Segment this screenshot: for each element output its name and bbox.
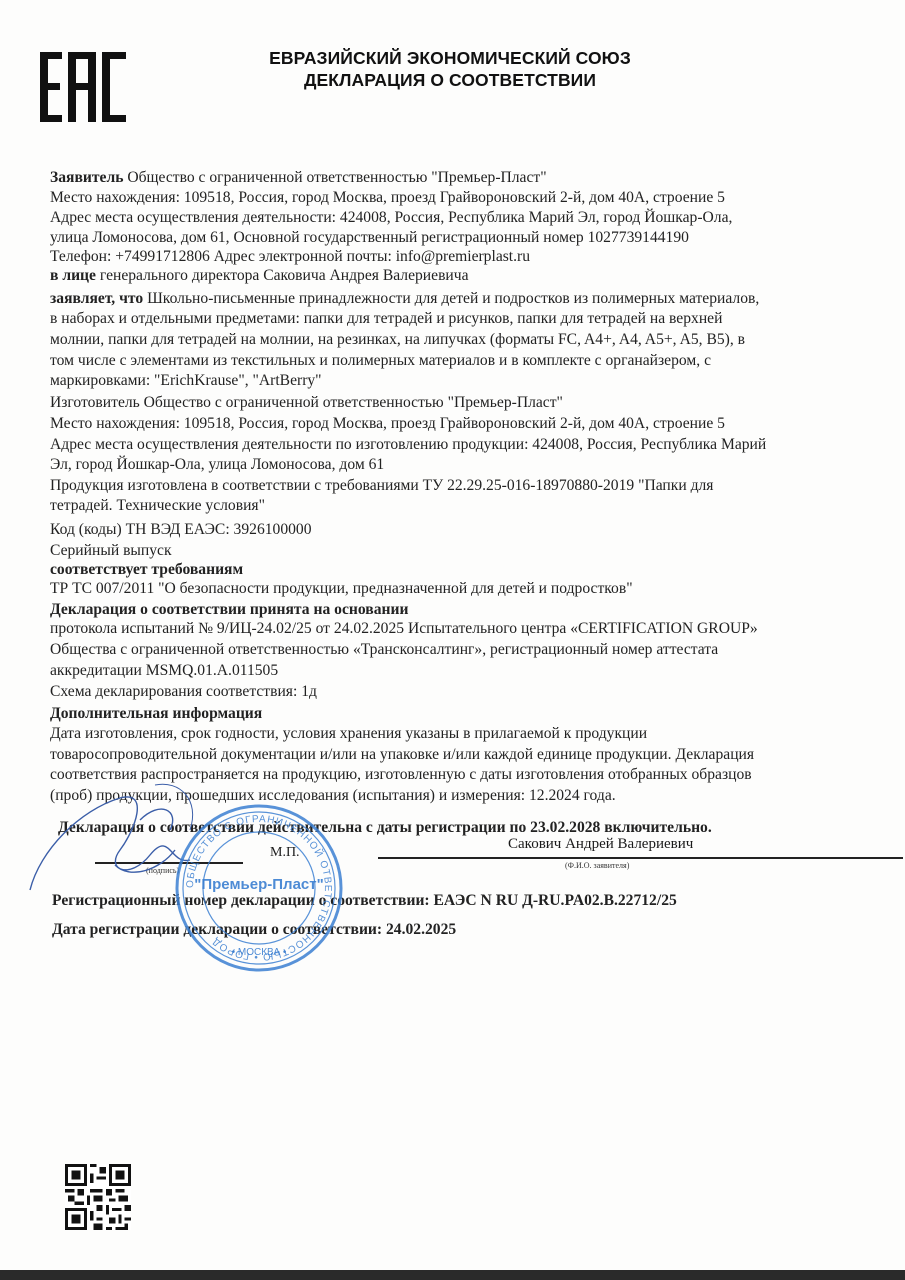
- manufacturer-location: Место нахождения: 109518, Россия, город …: [50, 414, 725, 434]
- basis-label: Декларация о соответствии принята на осн…: [50, 600, 408, 620]
- signer-caption: (Ф.И.О. заявителя): [565, 861, 629, 870]
- qr-code[interactable]: [65, 1162, 131, 1232]
- declares-text-3: молнии, папки для тетрадей на молнии, на…: [50, 330, 745, 350]
- basis-accreditation: аккредитации MSMQ.01.A.011505: [50, 661, 278, 681]
- document-title: ДЕКЛАРАЦИЯ О СООТВЕТСТВИИ: [200, 70, 700, 91]
- manufacturer-production-address: Адрес места осуществления деятельности п…: [50, 435, 766, 455]
- signer-name: Сакович Андрей Валериевич: [508, 836, 693, 853]
- compliance-regulation: ТР ТС 007/2011 "О безопасности продукции…: [50, 579, 633, 599]
- additional-text-1: Дата изготовления, срок годности, услови…: [50, 724, 647, 744]
- basis-protocol: протокола испытаний № 9/ИЦ-24.02/25 от 2…: [50, 619, 758, 639]
- declares-text-1: Школьно-письменные принадлежности для де…: [147, 290, 759, 307]
- scan-bottom-edge: [0, 1270, 905, 1280]
- stamp-city: • МОСКВА •: [232, 947, 287, 958]
- applicant-representative: в лице генерального директора Саковича А…: [50, 266, 469, 286]
- union-title: ЕВРАЗИЙСКИЙ ЭКОНОМИЧЕСКИЙ СОЮЗ: [200, 48, 700, 69]
- compliance-label: соответствует требованиям: [50, 560, 243, 580]
- serial-release: Серийный выпуск: [50, 541, 172, 561]
- basis-lab: Общества с ограниченной ответственностью…: [50, 640, 718, 660]
- applicant-line: Заявитель Общество с ограниченной ответс…: [50, 168, 547, 188]
- manufacturer-spec: Продукция изготовлена в соответствии с т…: [50, 476, 713, 496]
- manufacturer-name: Изготовитель Общество с ограниченной отв…: [50, 393, 563, 413]
- basis-scheme: Схема декларирования соответствия: 1д: [50, 682, 317, 702]
- manufacturer-production-address-2: Эл, город Йошкар-Ола, улица Ломоносова, …: [50, 455, 384, 475]
- declares-text-5: маркировками: "ErichKrause", "ArtBerry": [50, 371, 322, 391]
- declares-text-2: в наборах и отдельными предметами: папки…: [50, 309, 722, 329]
- applicant-contacts: Телефон: +74991712806 Адрес электронной …: [50, 247, 530, 267]
- declares-label: заявляет, что: [50, 290, 143, 307]
- applicant-ogrn: улица Ломоносова, дом 61, Основной госуд…: [50, 228, 689, 248]
- stamp-company-name: "Премьер-Пласт": [194, 876, 323, 893]
- additional-text-2: товаросопроводительной документации и/ил…: [50, 745, 754, 765]
- applicant-label: Заявитель: [50, 169, 123, 186]
- applicant-activity-address: Адрес места осуществления деятельности: …: [50, 208, 732, 228]
- company-stamp: ОБЩЕСТВО С ОГРАНИЧЕННОЙ ОТВЕТСТВЕННОСТЬЮ…: [174, 803, 344, 973]
- rep-text: генерального директора Саковича Андрея В…: [100, 267, 469, 284]
- applicant-name: Общество с ограниченной ответственностью…: [127, 169, 546, 186]
- tn-ved-code: Код (коды) ТН ВЭД ЕАЭС: 3926100000: [50, 520, 312, 540]
- manufacturer-spec-2: тетрадей. Технические условия": [50, 496, 265, 516]
- rep-label: в лице: [50, 267, 96, 284]
- declares-text-4: том числе с элементами из текстильных и …: [50, 351, 711, 371]
- declares-line: заявляет, что Школьно-письменные принадл…: [50, 289, 759, 309]
- eac-logo: [40, 52, 126, 122]
- applicant-location: Место нахождения: 109518, Россия, город …: [50, 188, 725, 208]
- additional-label: Дополнительная информация: [50, 704, 262, 724]
- signer-name-line: [378, 857, 903, 859]
